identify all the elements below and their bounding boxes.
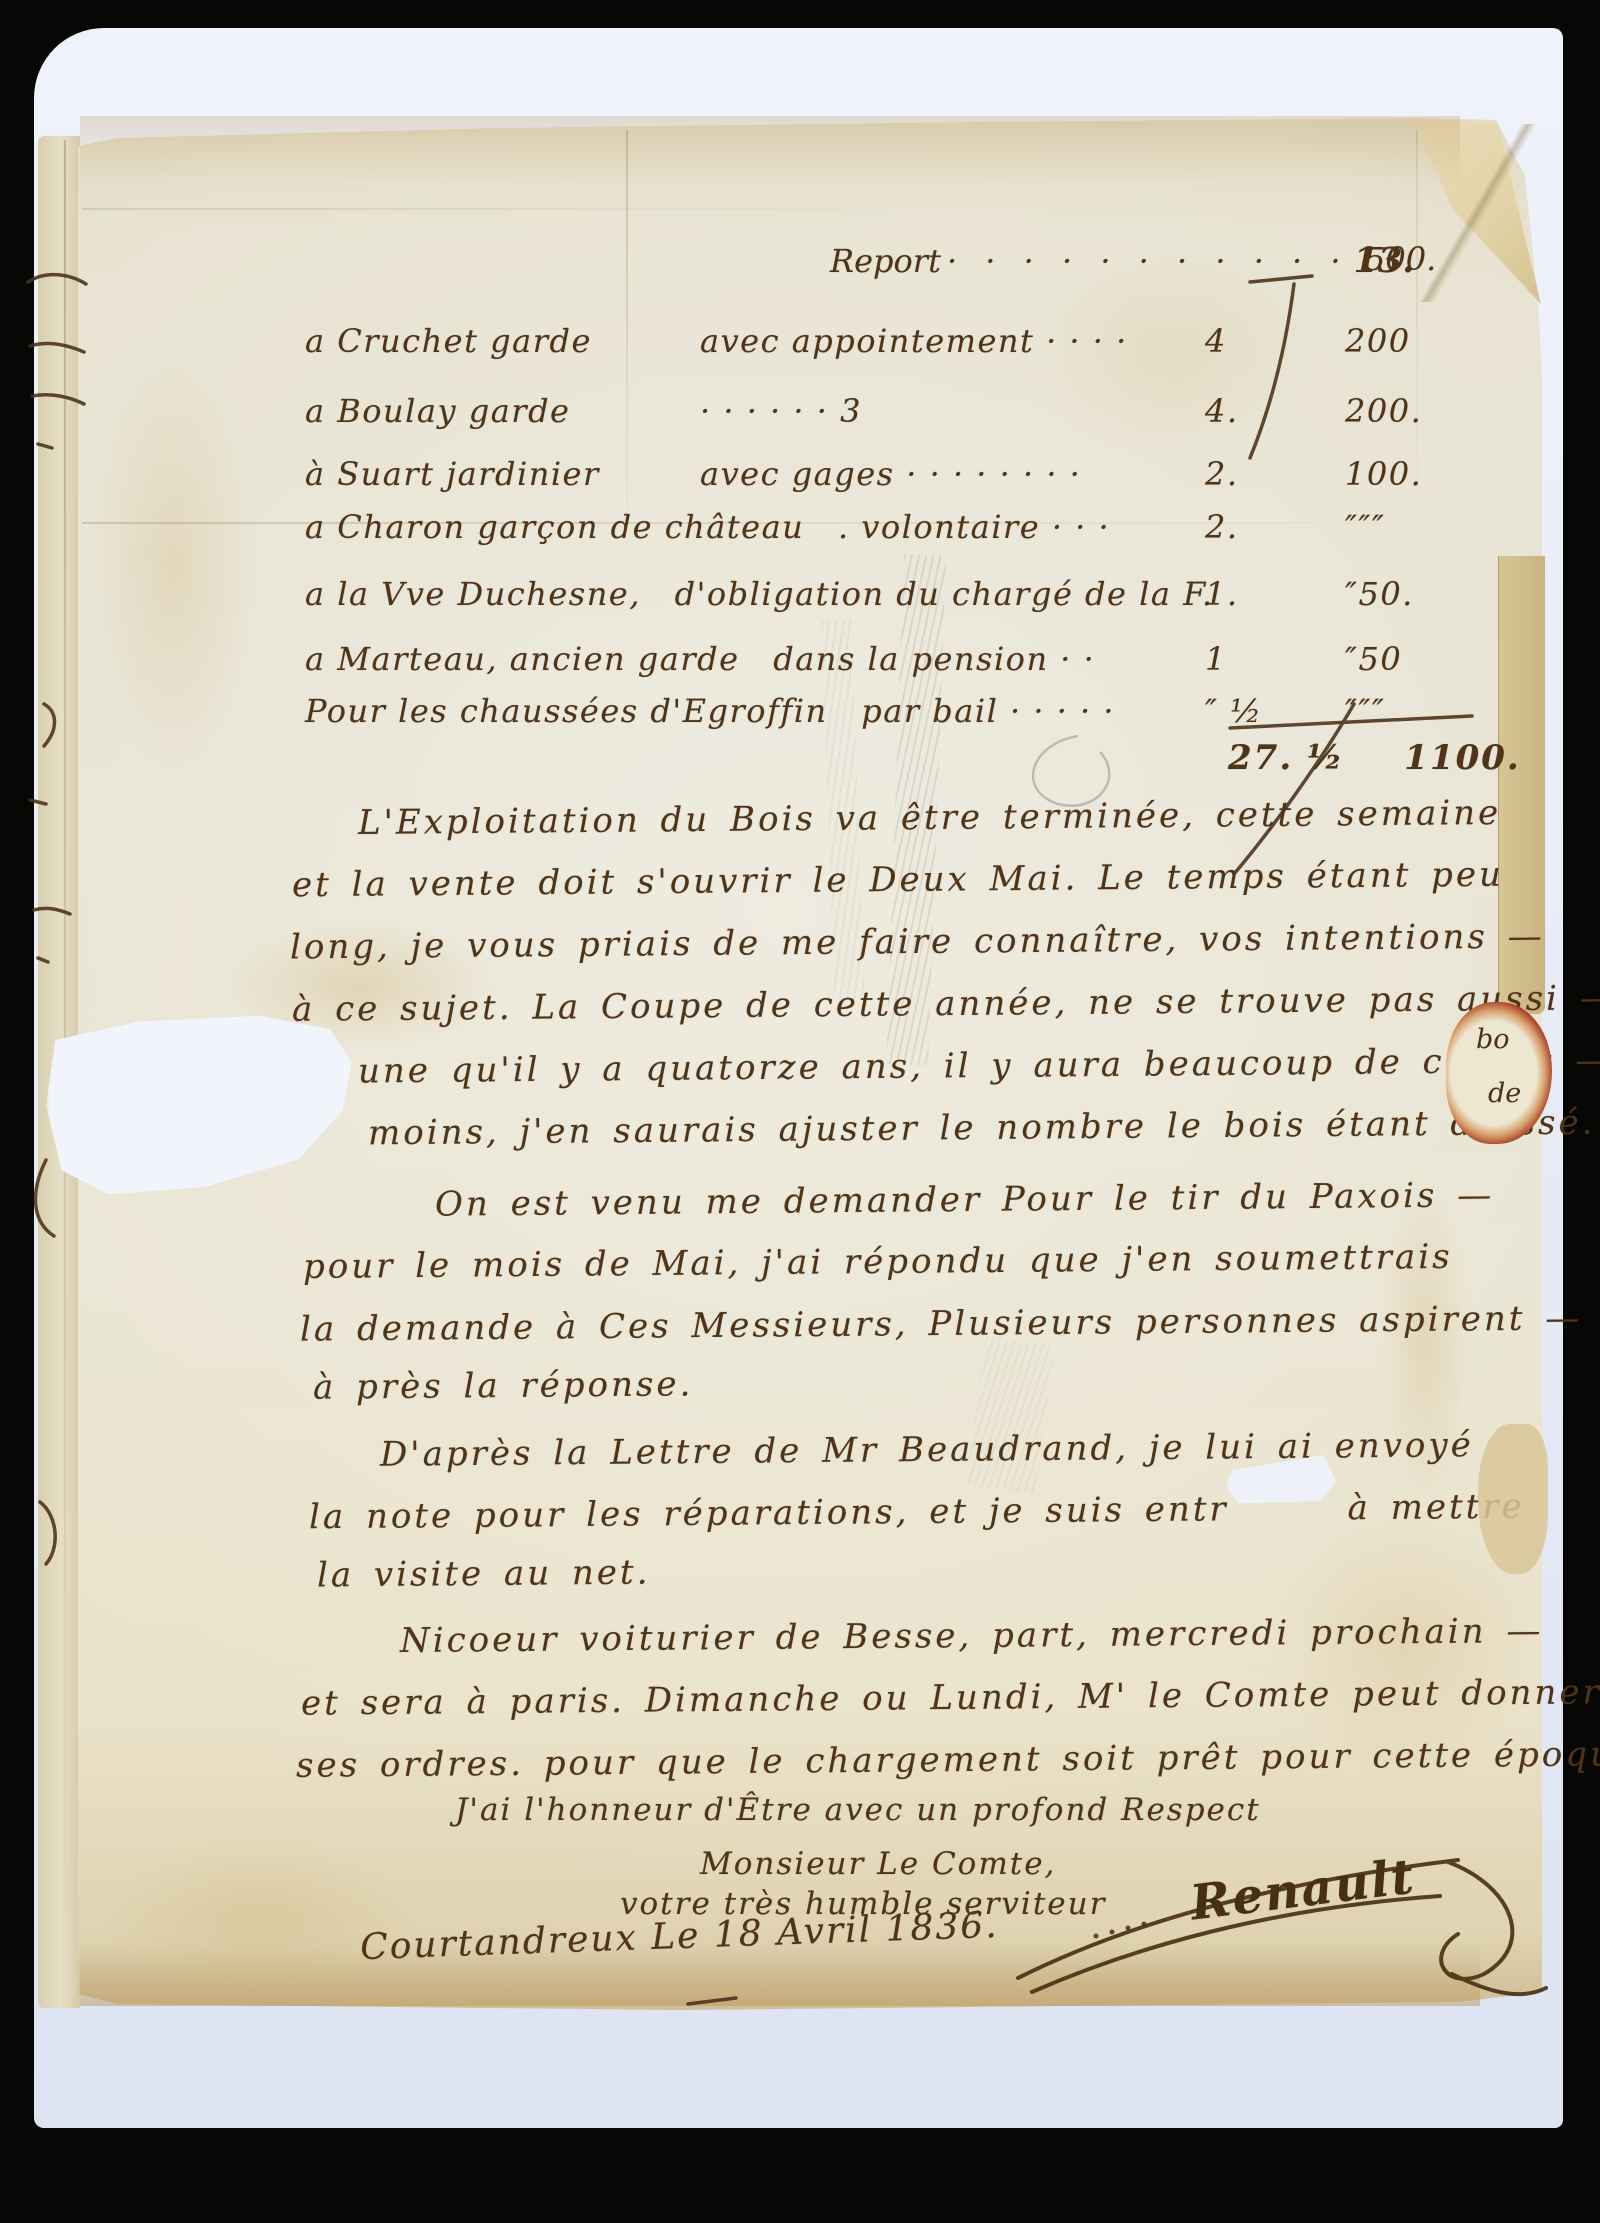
row-qty: 4. bbox=[1205, 392, 1239, 430]
ledger-row: à Suart jardinier avec gages · · · · · ·… bbox=[305, 455, 1545, 493]
ledger-row: a la Vve Duchesne, d'obligation du charg… bbox=[305, 575, 1545, 613]
closing-addressee: Monsieur Le Comte, bbox=[700, 1846, 1056, 1882]
row-qty: 2. bbox=[1205, 455, 1239, 493]
report-amount: 500. bbox=[1365, 240, 1436, 278]
row-name: a Cruchet garde bbox=[305, 322, 592, 360]
row-qty: 4 bbox=[1205, 322, 1227, 360]
ledger-row: Pour les chaussées d'Egroffin par bail ·… bbox=[305, 692, 1545, 730]
row-amount: 200 bbox=[1345, 322, 1411, 360]
row-name: a Charon garçon de château bbox=[305, 508, 804, 546]
row-detail: d'obligation du chargé de la F. bbox=[675, 575, 1214, 613]
row-qty: 1. bbox=[1205, 575, 1239, 613]
total-amount: 1100. bbox=[1404, 738, 1520, 778]
ledger-row: a Boulay garde · · · · · · 3 4. 200. bbox=[305, 392, 1545, 430]
row-name: à Suart jardinier bbox=[305, 455, 600, 493]
row-amount: 100. bbox=[1345, 455, 1422, 493]
ledger-row: a Charon garçon de château . volontaire … bbox=[305, 508, 1545, 546]
total-qty: 27. ½ bbox=[1228, 738, 1344, 778]
ledger-total: 27. ½ 1100. bbox=[1228, 738, 1521, 778]
row-detail: par bail · · · · · bbox=[861, 692, 1115, 730]
row-amount: ″″″ bbox=[1345, 508, 1385, 546]
row-detail: · · · · · · 3 bbox=[700, 392, 862, 430]
row-qty: 1 bbox=[1205, 640, 1227, 678]
row-qty: 2. bbox=[1205, 508, 1239, 546]
leader-dots: · · · · · · · · · · · bbox=[947, 242, 1350, 280]
report-label: Report bbox=[830, 242, 941, 280]
ledger-report-line: Report· · · · · · · · · · ·13. 500. bbox=[830, 240, 1414, 281]
row-detail: dans la pension · · bbox=[773, 640, 1095, 678]
row-amount: ″50 bbox=[1345, 640, 1402, 678]
stain bbox=[80, 1948, 1480, 2006]
ledger-row: a Cruchet garde avec appointement · · · … bbox=[305, 322, 1545, 360]
row-detail: avec gages · · · · · · · · bbox=[700, 455, 1081, 493]
row-amount: 200. bbox=[1345, 392, 1422, 430]
torn-edge bbox=[1478, 1424, 1548, 1574]
stain bbox=[88, 350, 258, 780]
row-detail: . volontaire · · · bbox=[838, 508, 1110, 546]
seal-letters-top: bo bbox=[1476, 1024, 1510, 1055]
seal-letters-bottom: de bbox=[1488, 1078, 1521, 1109]
row-name: a la Vve Duchesne, bbox=[305, 575, 641, 613]
crease-line bbox=[82, 208, 922, 210]
row-name: Pour les chaussées d'Egroffin bbox=[305, 692, 828, 730]
letter-line: la visite au net. bbox=[317, 1553, 651, 1596]
row-amount: ″″″ bbox=[1345, 692, 1385, 730]
scanned-letter-photo: Report· · · · · · · · · · ·13. 500. a Cr… bbox=[0, 0, 1600, 2223]
row-name: a Boulay garde bbox=[305, 392, 570, 430]
letter-line: à près la réponse. bbox=[313, 1364, 694, 1407]
row-qty: ″ ½ bbox=[1205, 692, 1263, 730]
closing-respect-line: J'ai l'honneur d'Être avec un profond Re… bbox=[455, 1792, 1261, 1828]
ledger-row: a Marteau, ancien garde dans la pension … bbox=[305, 640, 1545, 678]
row-name: a Marteau, ancien garde bbox=[305, 640, 740, 678]
row-detail: avec appointement · · · · bbox=[700, 322, 1128, 360]
row-amount: ″50. bbox=[1345, 575, 1414, 613]
stain bbox=[80, 116, 1460, 186]
